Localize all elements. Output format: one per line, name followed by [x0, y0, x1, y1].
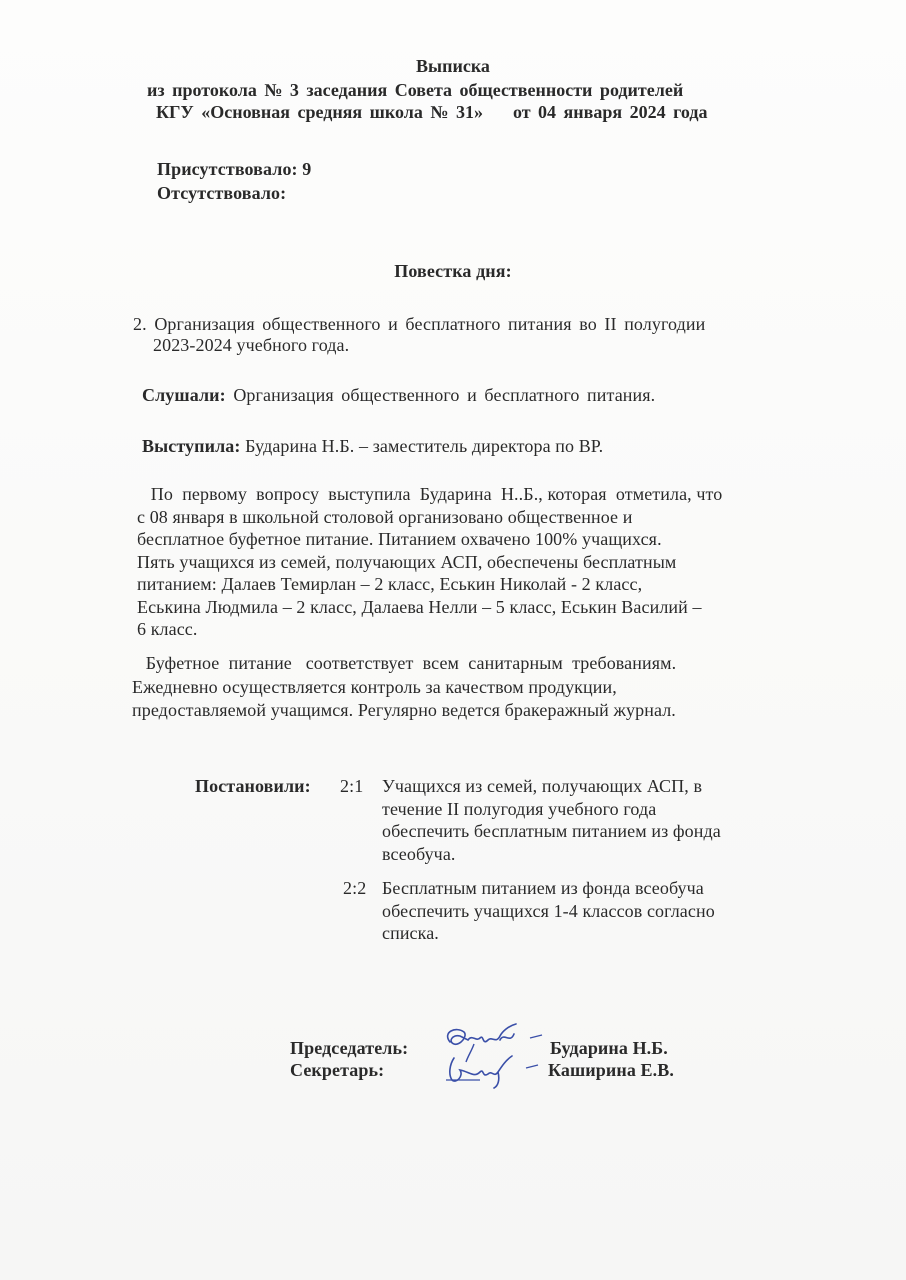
agenda-item-continued: 2023-2024 учебного года.: [153, 334, 349, 356]
protocol-header-line1: из протокола № 3 заседания Совета общест…: [147, 80, 683, 101]
agenda-item-number: 2.: [133, 314, 147, 334]
paragraph-line: предоставляемой учащимся. Регулярно веде…: [132, 699, 676, 723]
heard-text: Организация общественного и бесплатного …: [233, 385, 655, 405]
present-label: Присутствовало:: [157, 159, 298, 179]
report-paragraph: По первому вопросу выступила Бударина Н.…: [137, 483, 722, 641]
paragraph-line: бесплатное буфетное питание. Питанием ох…: [137, 528, 722, 551]
paragraph-line: питанием: Далаев Темирлан – 2 класс, Есь…: [137, 573, 722, 596]
resolution-number: 2:1: [340, 775, 363, 797]
paragraph-line: Еськина Людмила – 2 класс, Далаева Нелли…: [137, 596, 722, 619]
agenda-title: Повестка дня:: [0, 260, 906, 282]
meeting-date: от 04 января 2024 года: [513, 102, 708, 122]
resolution-line: списка.: [382, 922, 715, 945]
speaker-label: Выступила:: [142, 436, 241, 456]
resolution-line: всеобуча.: [382, 843, 721, 866]
resolution-number: 2:2: [343, 877, 366, 899]
resolution-line: течение II полугодия учебного года: [382, 798, 721, 821]
absent-count: Отсутствовало:: [157, 182, 286, 204]
present-value: 9: [302, 159, 311, 179]
secretary-signature-icon: [440, 1050, 550, 1090]
document-page: Выписка из протокола № 3 заседания Совет…: [0, 0, 906, 1280]
speaker-section: Выступила: Бударина Н.Б. – заместитель д…: [142, 435, 603, 457]
paragraph-line: Буфетное питание соответствует всем сани…: [132, 652, 676, 676]
resolution-line: Бесплатным питанием из фонда всеобуча: [382, 877, 715, 900]
organization-name: КГУ «Основная средняя школа № 31»: [156, 102, 483, 122]
chairman-name: Бударина Н.Б.: [550, 1037, 668, 1059]
protocol-header-line2: КГУ «Основная средняя школа № 31»от 04 я…: [156, 102, 707, 123]
agenda-item: 2. Организация общественного и бесплатно…: [133, 313, 705, 335]
agenda-item-text: Организация общественного и бесплатного …: [154, 314, 705, 334]
resolution-text: Учащихся из семей, получающих АСП, в теч…: [382, 775, 721, 865]
absent-label: Отсутствовало:: [157, 183, 286, 203]
resolution-line: обеспечить бесплатным питанием из фонда: [382, 820, 721, 843]
resolution-line: обеспечить учащихся 1-4 классов согласно: [382, 900, 715, 923]
secretary-name: Каширина Е.В.: [548, 1059, 674, 1081]
paragraph-line: Пять учащихся из семей, получающих АСП, …: [137, 551, 722, 574]
buffet-paragraph: Буфетное питание соответствует всем сани…: [132, 652, 676, 723]
heard-section: Слушали: Организация общественного и бес…: [142, 384, 655, 406]
resolved-label: Постановили:: [195, 775, 311, 797]
speaker-text: Бударина Н.Б. – заместитель директора по…: [245, 436, 603, 456]
paragraph-line: По первому вопросу выступила Бударина Н.…: [137, 483, 722, 506]
paragraph-line: 6 класс.: [137, 618, 722, 641]
paragraph-line: с 08 января в школьной столовой организо…: [137, 506, 722, 529]
heard-label: Слушали:: [142, 385, 226, 405]
secretary-label: Секретарь:: [290, 1059, 384, 1081]
paragraph-line: Ежедневно осуществляется контроль за кач…: [132, 676, 676, 700]
resolution-line: Учащихся из семей, получающих АСП, в: [382, 775, 721, 798]
present-count: Присутствовало: 9: [157, 158, 311, 180]
resolution-text: Бесплатным питанием из фонда всеобуча об…: [382, 877, 715, 945]
chairman-label: Председатель:: [290, 1037, 408, 1059]
document-title: Выписка: [0, 56, 906, 77]
